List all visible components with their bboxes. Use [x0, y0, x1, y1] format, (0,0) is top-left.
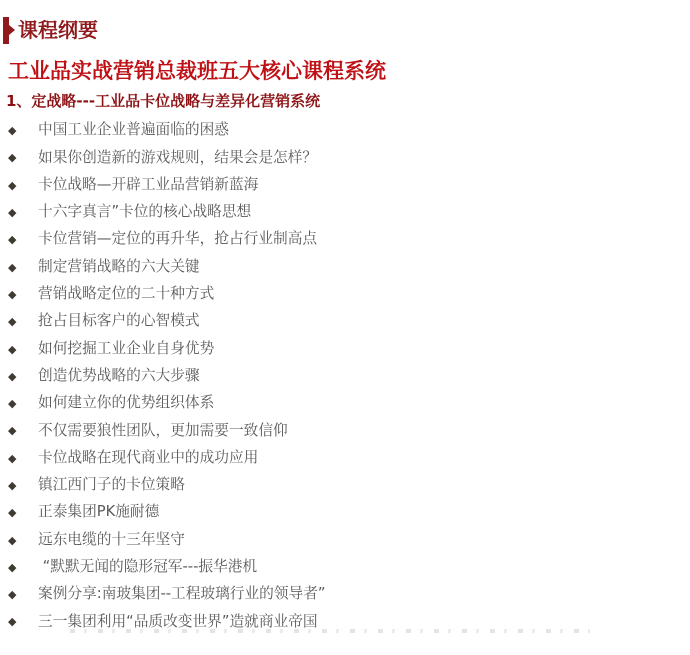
diamond-bullet-icon: ◆	[8, 207, 38, 218]
diamond-bullet-icon: ◆	[8, 507, 38, 518]
diamond-bullet-icon: ◆	[8, 535, 38, 546]
page-title: 工业品实战营销总裁班五大核心课程系统	[8, 58, 386, 84]
clipped-next-line-artifact	[70, 629, 590, 633]
list-item: ◆卡位战略在现代商业中的成功应用	[8, 445, 690, 472]
diamond-bullet-icon: ◆	[8, 616, 38, 627]
diamond-bullet-icon: ◆	[8, 125, 38, 136]
diamond-bullet-icon: ◆	[8, 180, 38, 191]
list-item-text: 抢占目标客户的心智模式	[38, 314, 200, 329]
list-item-text: 如果你创造新的游戏规则，结果会是怎样？	[38, 151, 317, 166]
list-item-text: 远东电缆的十三年坚守	[38, 533, 185, 548]
page-root: 课程纲要 工业品实战营销总裁班五大核心课程系统 1、定战略---工业品卡位战略与…	[0, 0, 690, 655]
list-item-text: 如何挖掘工业企业自身优势	[38, 342, 214, 357]
list-item: ◆如何挖掘工业企业自身优势	[8, 335, 690, 362]
course-outline-header: 课程纲要	[3, 17, 98, 44]
list-item: ◆卡位战略—开辟工业品营销新蓝海	[8, 172, 690, 199]
list-item-text: 镇江西门子的卡位策略	[38, 478, 185, 493]
list-item: ◆ “默默无闻的隐形冠军---振华港机	[8, 554, 690, 581]
list-item: ◆制定营销战略的六大关键	[8, 253, 690, 280]
diamond-bullet-icon: ◆	[8, 371, 38, 382]
list-item: ◆卡位营销—定位的再升华，抢占行业制高点	[8, 226, 690, 253]
section-heading: 1、定战略---工业品卡位战略与差异化营销系统	[6, 91, 320, 111]
list-item-text: 创造优势战略的六大步骤	[38, 369, 200, 384]
diamond-bullet-icon: ◆	[8, 398, 38, 409]
list-item-text: 正泰集团PK施耐德	[38, 505, 159, 520]
diamond-bullet-icon: ◆	[8, 152, 38, 163]
list-item-text: “默默无闻的隐形冠军---振华港机	[38, 560, 257, 575]
diamond-bullet-icon: ◆	[8, 262, 38, 273]
list-item-text: 卡位战略在现代商业中的成功应用	[38, 451, 258, 466]
diamond-bullet-icon: ◆	[8, 562, 38, 573]
list-item: ◆镇江西门子的卡位策略	[8, 472, 690, 499]
diamond-bullet-icon: ◆	[8, 234, 38, 245]
diamond-bullet-icon: ◆	[8, 480, 38, 491]
outline-header-label: 课程纲要	[18, 17, 98, 44]
list-item-text: 卡位营销—定位的再升华，抢占行业制高点	[38, 232, 317, 247]
list-item: ◆如果你创造新的游戏规则，结果会是怎样？	[8, 144, 690, 171]
list-item: ◆十六字真言”卡位的核心战略思想	[8, 199, 690, 226]
list-item-text: 卡位战略—开辟工业品营销新蓝海	[38, 178, 258, 193]
list-item: ◆如何建立你的优势组织体系	[8, 390, 690, 417]
list-item: ◆抢占目标客户的心智模式	[8, 308, 690, 335]
list-item-text: 不仅需要狼性团队，更加需要一致信仰	[38, 424, 288, 439]
list-item-text: 营销战略定位的二十种方式	[38, 287, 214, 302]
diamond-bullet-icon: ◆	[8, 589, 38, 600]
list-item-text: 制定营销战略的六大关键	[38, 260, 200, 275]
section-marker-icon	[3, 17, 9, 44]
list-item-text: 十六字真言”卡位的核心战略思想	[38, 205, 251, 220]
list-item: ◆创造优势战略的六大步骤	[8, 363, 690, 390]
list-item-text: 中国工业企业普遍面临的困惑	[38, 123, 229, 138]
diamond-bullet-icon: ◆	[8, 453, 38, 464]
list-item: ◆正泰集团PK施耐德	[8, 499, 690, 526]
list-item: ◆远东电缆的十三年坚守	[8, 526, 690, 553]
list-item-text: 案例分享:南玻集团--工程玻璃行业的领导者”	[38, 587, 326, 602]
list-item-text: 三一集团利用“品质改变世界”造就商业帝国	[38, 615, 318, 630]
diamond-bullet-icon: ◆	[8, 289, 38, 300]
list-item: ◆中国工业企业普遍面临的困惑	[8, 117, 690, 144]
list-item: ◆不仅需要狼性团队，更加需要一致信仰	[8, 417, 690, 444]
diamond-bullet-icon: ◆	[8, 344, 38, 355]
list-item: ◆案例分享:南玻集团--工程玻璃行业的领导者”	[8, 581, 690, 608]
list-item: ◆营销战略定位的二十种方式	[8, 281, 690, 308]
course-topic-list: ◆中国工业企业普遍面临的困惑◆如果你创造新的游戏规则，结果会是怎样？◆卡位战略—…	[8, 117, 690, 636]
diamond-bullet-icon: ◆	[8, 425, 38, 436]
diamond-bullet-icon: ◆	[8, 316, 38, 327]
list-item-text: 如何建立你的优势组织体系	[38, 396, 214, 411]
